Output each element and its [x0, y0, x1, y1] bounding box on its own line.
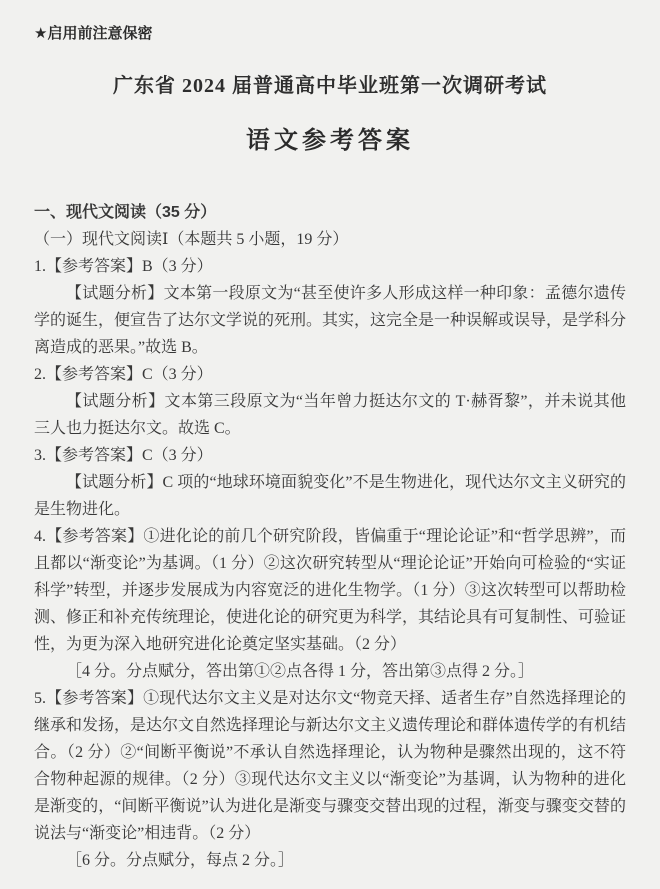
scoring-note-q4: ［4 分。分点赋分，答出第①②点各得 1 分，答出第③点得 2 分。］ [34, 658, 626, 685]
scoring-note-q5: ［6 分。分点赋分，每点 2 分。］ [34, 847, 626, 874]
answer-q1: 1.【参考答案】B（3 分） [34, 253, 626, 280]
exam-title: 广东省 2024 届普通高中毕业班第一次调研考试 [34, 69, 626, 98]
answer-q5: 5.【参考答案】①现代达尔文主义是对达尔文“物竞天择、适者生存”自然选择理论的继… [34, 685, 626, 847]
subsection-heading-reading-1: （一）现代文阅读Ⅰ（本题共 5 小题，19 分） [34, 226, 626, 253]
security-notice: ★启用前注意保密 [34, 22, 626, 43]
answer-key-title: 语文参考答案 [34, 120, 626, 155]
analysis-q2: 【试题分析】文本第三段原文为“当年曾力挺达尔文的 T·赫胥黎”，并未说其他三人也… [34, 388, 626, 442]
answer-content: 一、现代文阅读（35 分） （一）现代文阅读Ⅰ（本题共 5 小题，19 分） 1… [34, 199, 626, 874]
answer-q4: 4.【参考答案】①进化论的前几个研究阶段，皆偏重于“理论论证”和“哲学思辨”，而… [34, 523, 626, 658]
analysis-q1: 【试题分析】文本第一段原文为“甚至使许多人形成这样一种印象：孟德尔遗传学的诞生，… [34, 280, 626, 361]
section-heading-modern-reading: 一、现代文阅读（35 分） [34, 199, 626, 226]
answer-q3: 3.【参考答案】C（3 分） [34, 442, 626, 469]
answer-q2: 2.【参考答案】C（3 分） [34, 361, 626, 388]
analysis-q3: 【试题分析】C 项的“地球环境面貌变化”不是生物进化，现代达尔文主义研究的是生物… [34, 469, 626, 523]
document-page: ★启用前注意保密 广东省 2024 届普通高中毕业班第一次调研考试 语文参考答案… [0, 0, 660, 889]
